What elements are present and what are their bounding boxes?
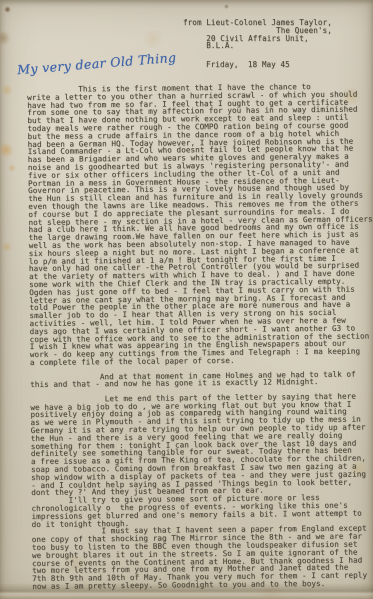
- paper-fold-crease: [0, 583, 373, 599]
- paper-stain: [224, 4, 229, 9]
- paper-stain: [4, 6, 11, 13]
- paper-stain: [2, 242, 12, 252]
- paper-stain: [1, 84, 13, 96]
- date-line: Friday, 18 May 45: [206, 61, 290, 69]
- paper-stain: [0, 30, 10, 46]
- handwritten-salutation: My very dear Old Thing: [17, 50, 177, 77]
- letter-paragraph-3: Let me end this part of the letter by sa…: [30, 392, 373, 591]
- paper-stain: [140, 30, 166, 48]
- letter-paragraph-2: And at that moment in came Holmes and we…: [30, 370, 373, 389]
- paper-stain: [0, 142, 14, 158]
- letter-paragraph-1: This is the first moment that I have the…: [27, 82, 373, 366]
- letter-page: from Lieut-Colonel James Taylor, The Que…: [0, 0, 373, 599]
- letter-body: This is the first moment that I have the…: [27, 82, 373, 590]
- sender-address-block: from Lieut-Colonel James Taylor, The Que…: [183, 19, 332, 50]
- paper-stain: [8, 164, 16, 172]
